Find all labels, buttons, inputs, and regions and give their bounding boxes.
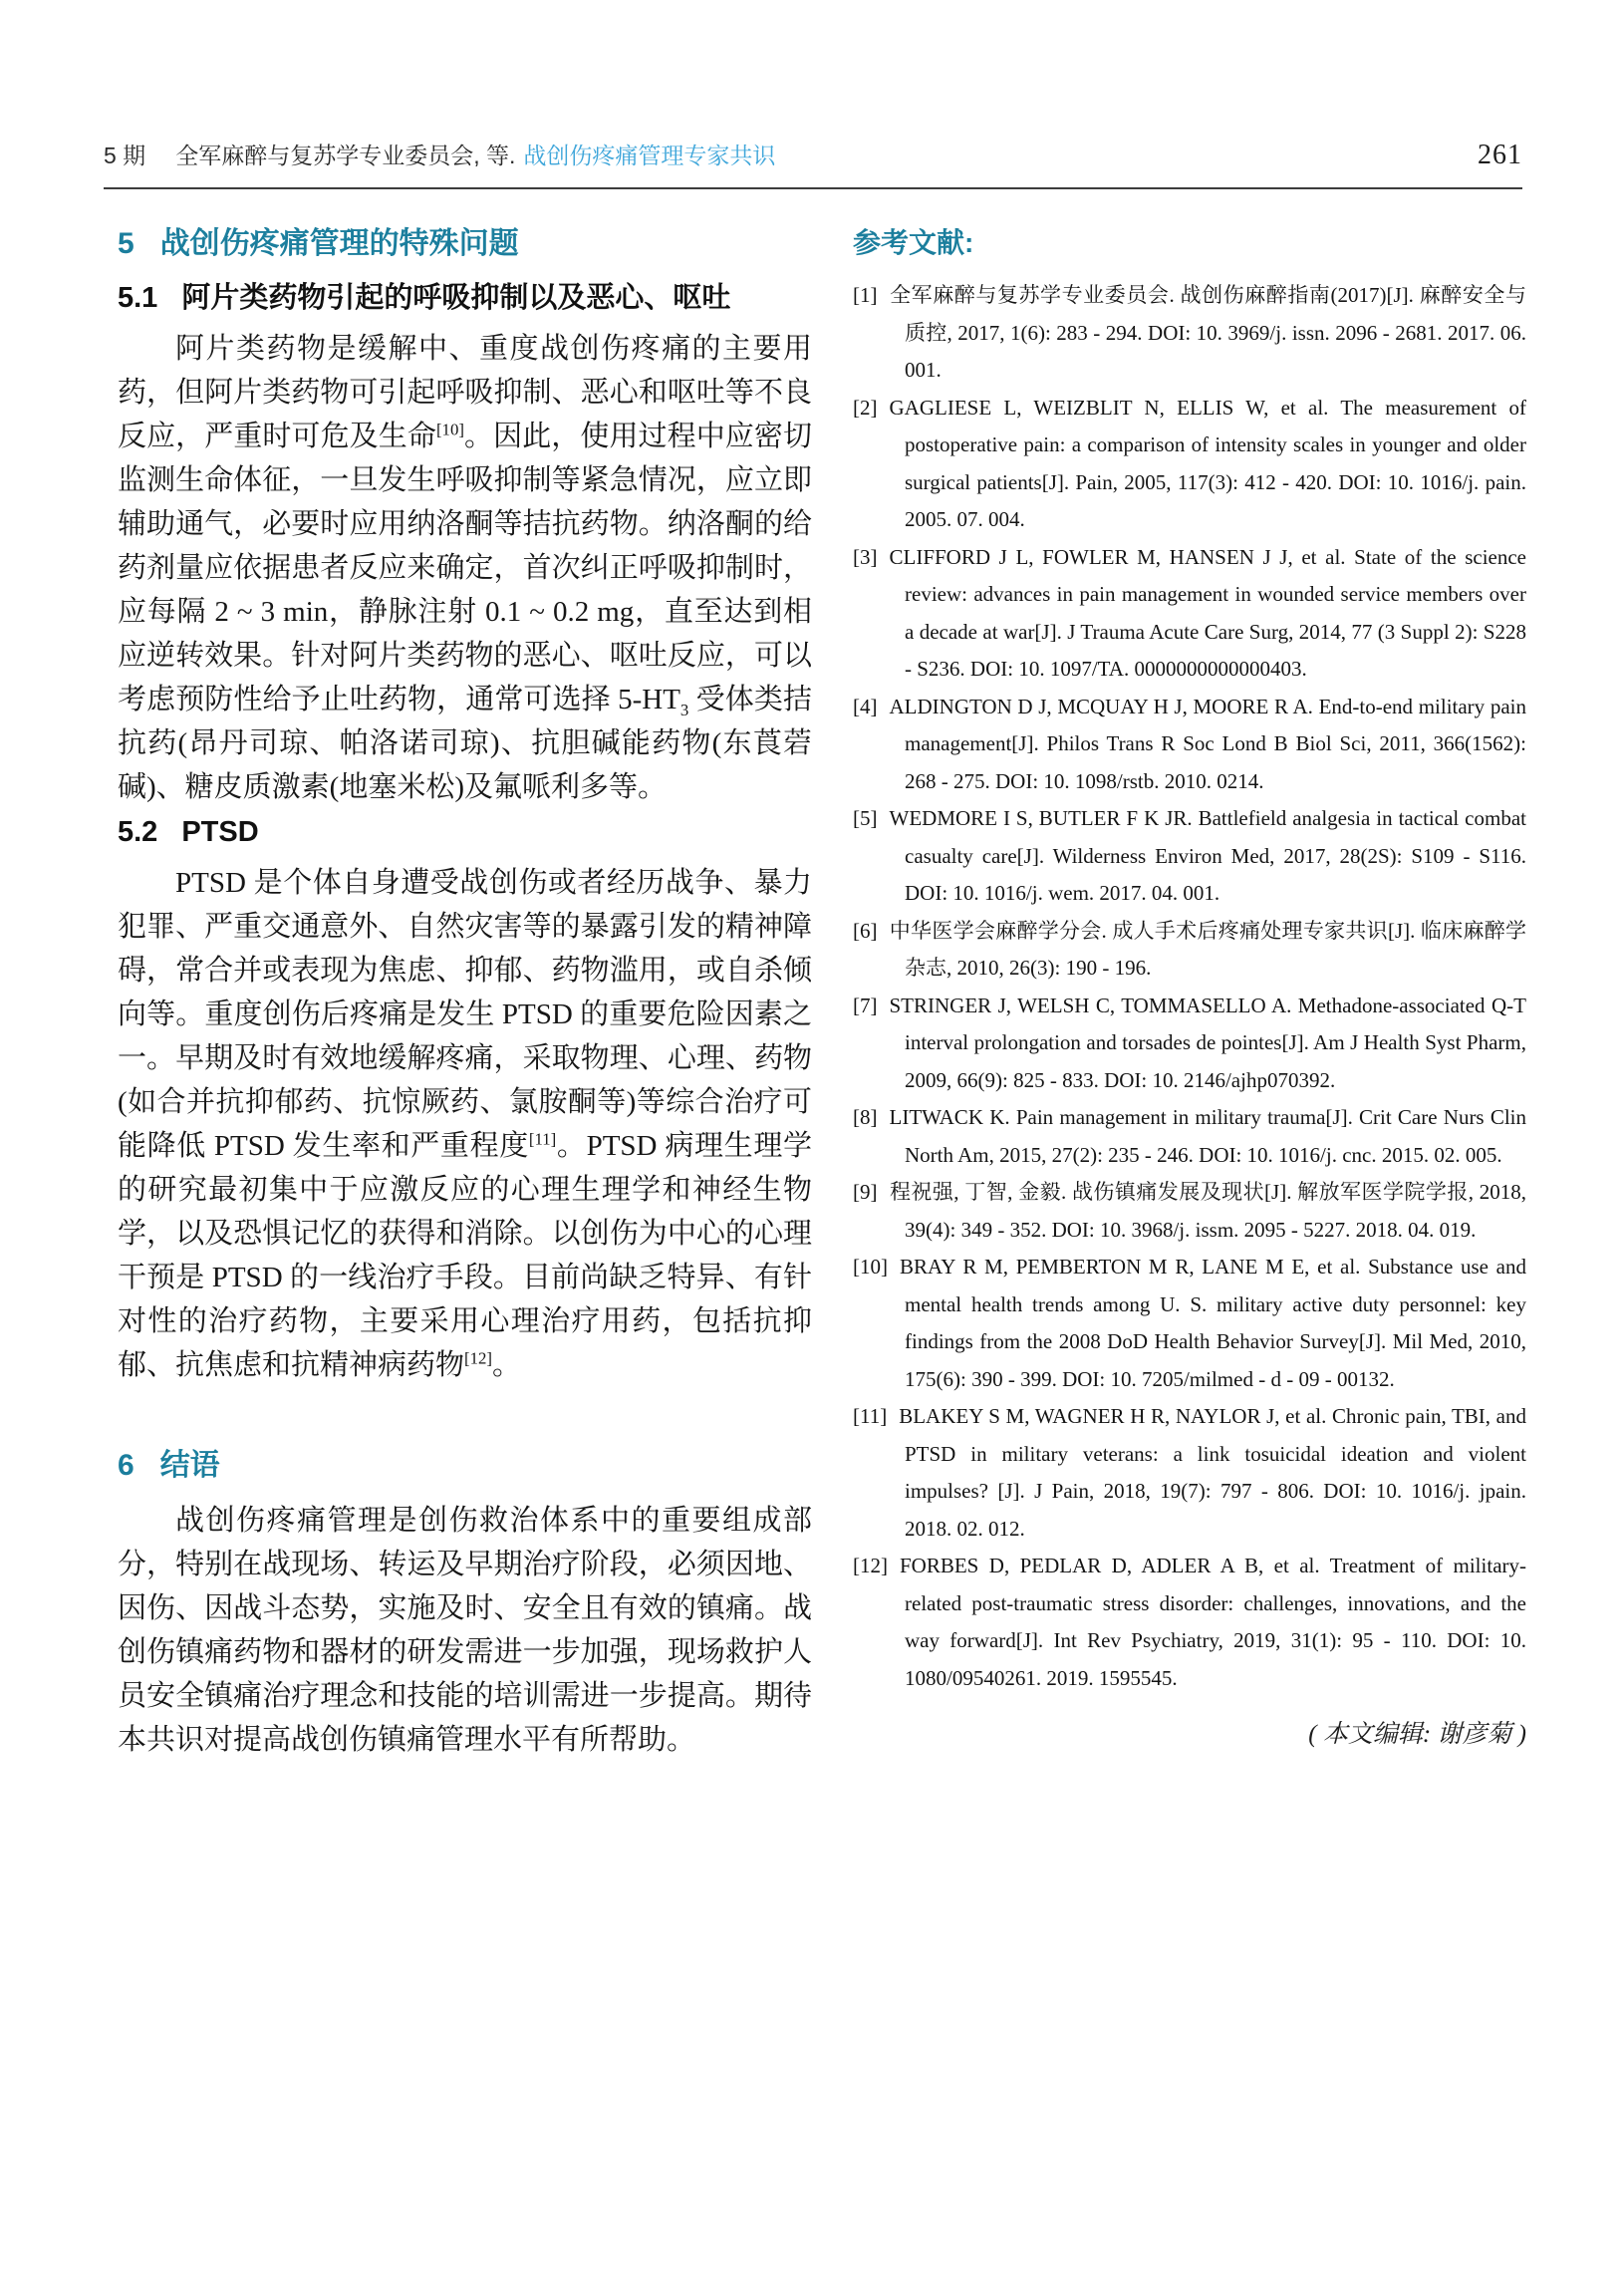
section-5-title: 战创伤疼痛管理的特殊问题 [160,227,519,260]
reference-item-7: [7]STRINGER J, WELSH C, TOMMASELLO A. Me… [853,988,1526,1100]
citation-marker-10: [10] [436,420,464,438]
reference-text: CLIFFORD J L, FOWLER M, HANSEN J J, et a… [890,545,1527,682]
reference-text: 程祝强, 丁智, 金毅. 战伤镇痛发展及现状[J]. 解放军医学院学报, 201… [890,1180,1527,1242]
paragraph-text: PTSD 是个体自身遭受战创伤或者经历战争、暴力犯罪、严重交通意外、自然灾害等的… [118,867,812,1162]
reference-number: [11] [853,1404,887,1428]
references-heading: 参考文献: [853,223,1526,263]
header-authors: 全军麻醉与复苏学专业委员会, 等. [175,138,515,170]
page-number: 261 [1478,140,1522,171]
reference-text: 中华医学会麻醉学分会. 成人手术后疼痛处理专家共识[J]. 临床麻醉学杂志, 2… [890,919,1527,981]
section-5-1-title: 阿片类药物引起的呼吸抑制以及恶心、呕吐 [181,282,730,314]
reference-item-2: [2]GAGLIESE L, WEIZBLIT N, ELLIS W, et a… [853,390,1526,539]
citation-marker-12: [12] [464,1348,492,1367]
reference-item-5: [5]WEDMORE I S, BUTLER F K JR. Battlefie… [853,800,1526,913]
reference-number: [10] [853,1255,888,1279]
paragraph-text: 战创伤疼痛管理是创伤救治体系中的重要组成部分，特别在战现场、转运及早期治疗阶段，… [118,1505,812,1756]
header-article-title: 战创伤疼痛管理专家共识 [523,138,775,170]
reference-item-8: [8]LITWACK K. Pain management in militar… [853,1099,1526,1174]
section-5-2-heading: 5.2PTSD [118,811,812,853]
section-6-number: 6 [118,1449,135,1482]
reference-number: [1] [853,283,878,307]
section-5-1-heading: 5.1阿片类药物引起的呼吸抑制以及恶心、呕吐 [118,277,812,319]
paragraph-text: 。PTSD 病理生理学的研究最初集中于应激反应的心理生理学和神经生物学，以及恐惧… [118,1130,812,1381]
issue-label: 5 期 [104,138,145,170]
paragraph-text: 。 [492,1349,521,1381]
reference-text: GAGLIESE L, WEIZBLIT N, ELLIS W, et al. … [890,396,1527,532]
reference-number: [6] [853,919,878,943]
reference-item-10: [10]BRAY R M, PEMBERTON M R, LANE M E, e… [853,1249,1526,1398]
paragraph-text: 。因此，使用过程中应密切监测生命体征，一旦发生呼吸抑制等紧急情况，应立即辅助通气… [118,421,812,715]
reference-number: [8] [853,1105,878,1129]
paragraph-ptsd: PTSD 是个体自身遭受战创伤或者经历战争、暴力犯罪、严重交通意外、自然灾害等的… [118,861,812,1387]
reference-number: [2] [853,396,878,420]
reference-number: [12] [853,1554,888,1577]
section-5-number: 5 [118,227,135,260]
reference-number: [7] [853,994,878,1017]
section-5-2-title: PTSD [181,816,258,848]
reference-item-6: [6]中华医学会麻醉学分会. 成人手术后疼痛处理专家共识[J]. 临床麻醉学杂志… [853,913,1526,988]
reference-text: 全军麻醉与复苏学专业委员会. 战创伤麻醉指南(2017)[J]. 麻醉安全与质控… [890,283,1527,382]
reference-text: WEDMORE I S, BUTLER F K JR. Battlefield … [890,806,1527,905]
reference-number: [3] [853,545,878,569]
paragraph-opioid-side-effects: 阿片类药物是缓解中、重度战创伤疼痛的主要用药，但阿片类药物可引起呼吸抑制、恶心和… [118,327,812,809]
reference-item-11: [11]BLAKEY S M, WAGNER H R, NAYLOR J, et… [853,1398,1526,1548]
reference-text: STRINGER J, WELSH C, TOMMASELLO A. Metha… [890,994,1527,1092]
reference-text: FORBES D, PEDLAR D, ADLER A B, et al. Tr… [900,1554,1526,1690]
left-column: 5战创伤疼痛管理的特殊问题 5.1阿片类药物引起的呼吸抑制以及恶心、呕吐 阿片类… [118,223,812,1762]
section-5-heading: 5战创伤疼痛管理的特殊问题 [118,223,812,265]
reference-item-4: [4]ALDINGTON D J, MCQUAY H J, MOORE R A.… [853,689,1526,801]
citation-marker-11: [11] [529,1129,556,1148]
reference-text: BLAKEY S M, WAGNER H R, NAYLOR J, et al.… [899,1404,1526,1541]
section-5-2-number: 5.2 [118,816,157,848]
section-6-title: 结语 [160,1449,220,1482]
paragraph-conclusion: 战创伤疼痛管理是创伤救治体系中的重要组成部分，特别在战现场、转运及早期治疗阶段，… [118,1499,812,1762]
reference-number: [4] [853,695,878,718]
section-5-1-number: 5.1 [118,282,157,314]
reference-item-3: [3]CLIFFORD J L, FOWLER M, HANSEN J J, e… [853,539,1526,689]
reference-item-9: [9]程祝强, 丁智, 金毅. 战伤镇痛发展及现状[J]. 解放军医学院学报, … [853,1174,1526,1249]
reference-number: [5] [853,806,878,830]
reference-text: LITWACK K. Pain management in military t… [890,1105,1527,1167]
journal-page: 5 期 全军麻醉与复苏学专业委员会, 等. 战创伤疼痛管理专家共识 261 5战… [0,0,1624,2280]
running-head: 5 期 全军麻醉与复苏学专业委员会, 等. 战创伤疼痛管理专家共识 261 [104,138,1522,189]
reference-item-1: [1]全军麻醉与复苏学专业委员会. 战创伤麻醉指南(2017)[J]. 麻醉安全… [853,277,1526,390]
reference-number: [9] [853,1180,878,1204]
reference-text: ALDINGTON D J, MCQUAY H J, MOORE R A. En… [890,695,1527,793]
reference-text: BRAY R M, PEMBERTON M R, LANE M E, et al… [900,1255,1526,1391]
editor-note: ( 本文编辑: 谢彦菊 ) [853,1715,1526,1755]
section-6-heading: 6结语 [118,1445,812,1487]
references-column: 参考文献: [1]全军麻醉与复苏学专业委员会. 战创伤麻醉指南(2017)[J]… [853,223,1526,1755]
reference-item-12: [12]FORBES D, PEDLAR D, ADLER A B, et al… [853,1548,1526,1697]
